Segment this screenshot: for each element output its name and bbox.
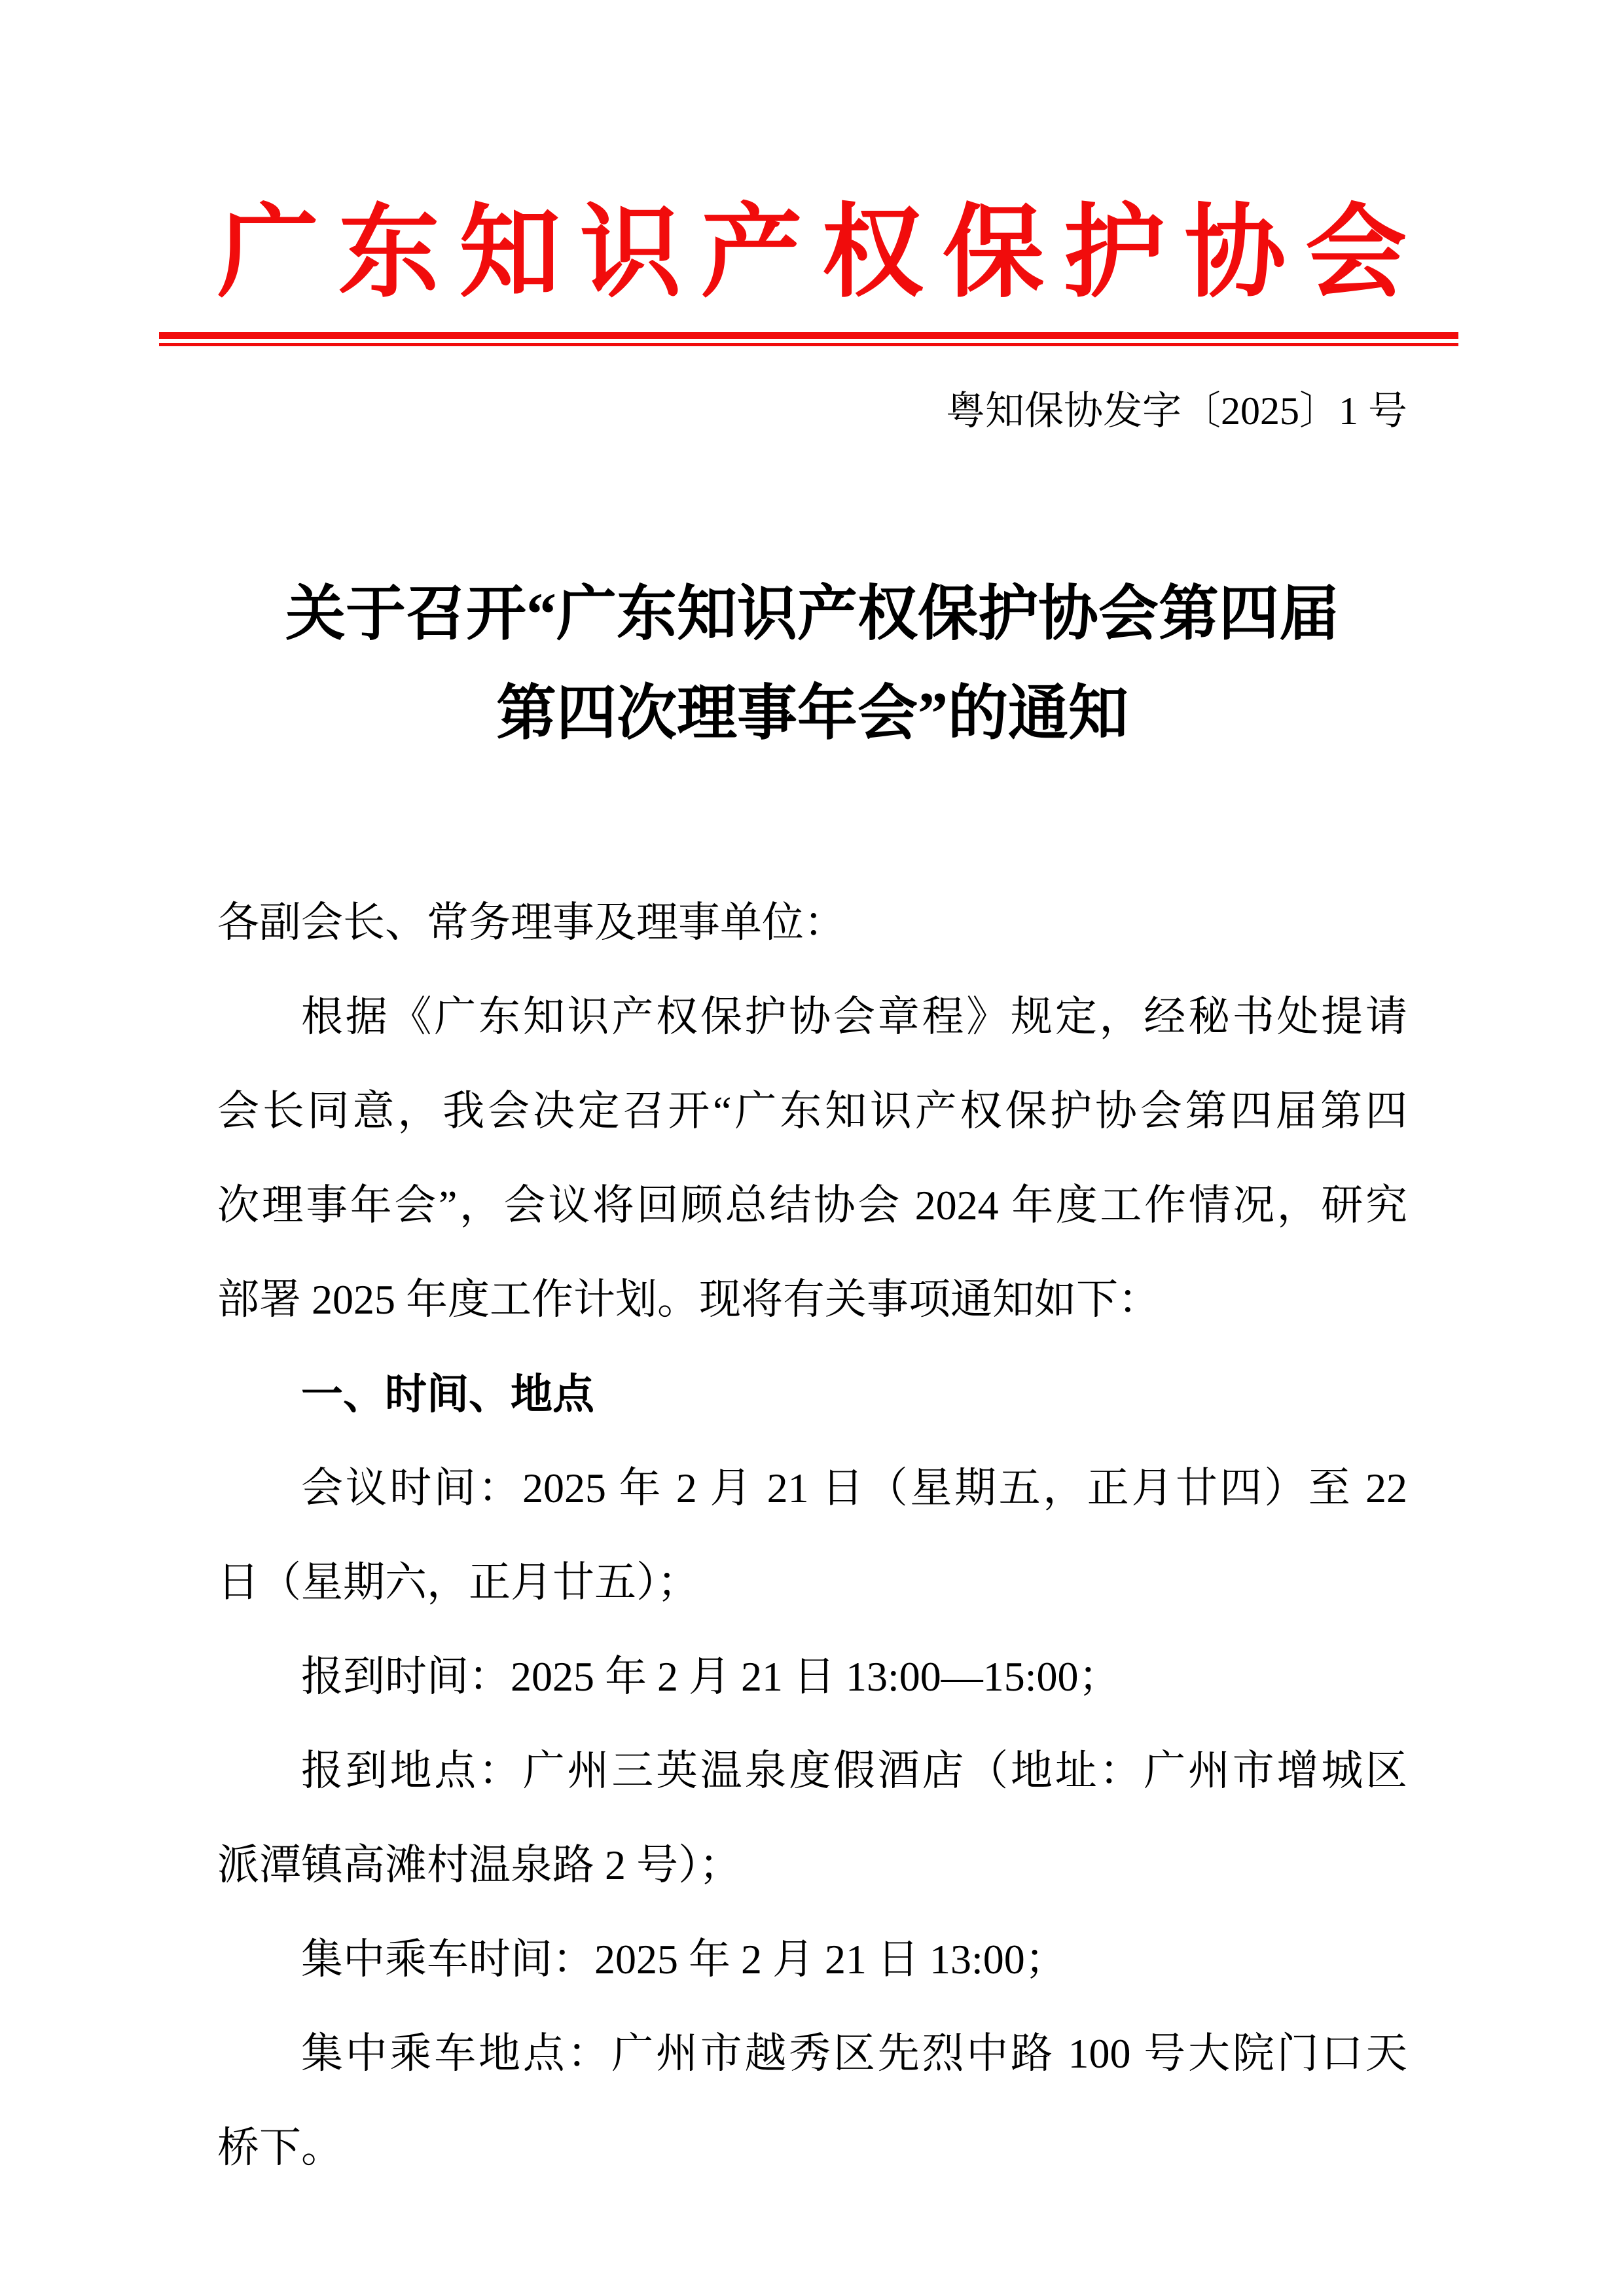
- body-line: 集中乘车地点：广州市越秀区先烈中路 100 号大院门口天: [217, 2007, 1407, 2101]
- salutation-line: 各副会长、常务理事及理事单位：: [217, 876, 1407, 970]
- body-line: 报到地点：广州三英温泉度假酒店（地址：广州市增城区: [217, 1724, 1407, 1818]
- body-line: 桥下。: [217, 2101, 1407, 2195]
- body-line: 集中乘车时间：2025 年 2 月 21 日 13:00；: [217, 1912, 1407, 2007]
- section-heading: 一、时间、地点: [217, 1347, 1407, 1441]
- body-line: 部署 2025 年度工作计划。现将有关事项通知如下：: [217, 1253, 1407, 1347]
- letterhead-org-name: 广东知识产权保护协会: [217, 196, 1407, 311]
- body-line: 派潭镇高滩村温泉路 2 号）；: [217, 1818, 1407, 1912]
- body-line: 会议时间：2025 年 2 月 21 日（星期五，正月廿四）至 22: [217, 1441, 1407, 1535]
- document-title: 关于召开“广东知识产权保护协会第四届 第四次理事年会”的通知: [185, 564, 1440, 763]
- document-body: 各副会长、常务理事及理事单位： 根据《广东知识产权保护协会章程》规定，经秘书处提…: [217, 876, 1407, 2195]
- letterhead-rule-thin: [159, 343, 1458, 346]
- body-line: 根据《广东知识产权保护协会章程》规定，经秘书处提请: [217, 970, 1407, 1064]
- body-line: 日（星期六，正月廿五）；: [217, 1535, 1407, 1630]
- document-title-line1: 关于召开“广东知识产权保护协会第四届: [185, 564, 1440, 664]
- body-line: 会长同意，我会决定召开“广东知识产权保护协会第四届第四: [217, 1064, 1407, 1158]
- document-page: 广东知识产权保护协会 粤知保协发字〔2025〕1 号 关于召开“广东知识产权保护…: [0, 0, 1624, 2296]
- document-number: 粤知保协发字〔2025〕1 号: [217, 384, 1407, 439]
- body-line: 报到时间：2025 年 2 月 21 日 13:00—15:00；: [217, 1630, 1407, 1724]
- letterhead-rule-thick: [159, 332, 1458, 339]
- document-title-line2: 第四次理事年会”的通知: [185, 664, 1440, 763]
- body-line: 次理事年会”，会议将回顾总结协会 2024 年度工作情况，研究: [217, 1158, 1407, 1253]
